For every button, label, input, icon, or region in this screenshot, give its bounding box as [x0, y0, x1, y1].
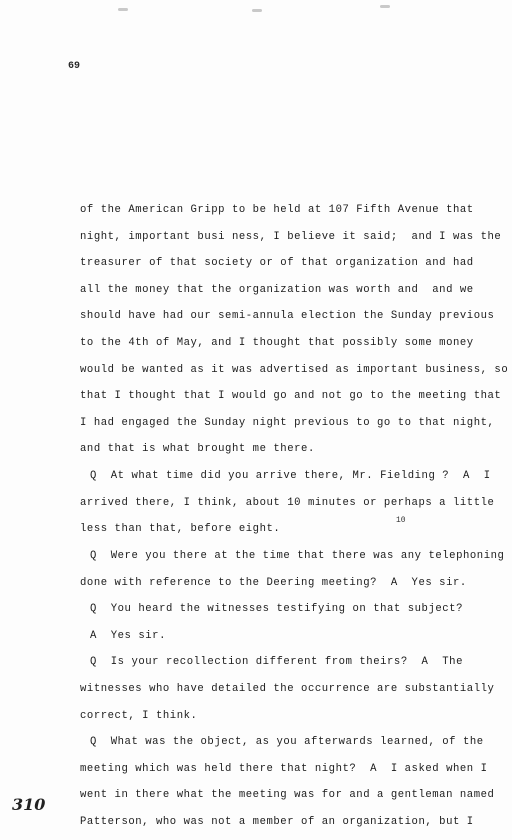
scan-smudge [380, 5, 390, 8]
transcript-line: correct, I think. [80, 710, 197, 722]
scan-smudge [252, 9, 262, 12]
transcript-line: and that is what brought me there. [80, 443, 315, 455]
typewritten-page: 69 of the American Gripp to be held at 1… [0, 0, 512, 840]
qa-line: Q What was the object, as you afterwards… [90, 736, 484, 748]
handwritten-margin-number: 310 [12, 795, 45, 814]
qa-line: Q Is your recollection different from th… [90, 656, 463, 668]
qa-line: Q You heard the witnesses testifying on … [90, 603, 463, 615]
transcript-line: that I thought that I would go and not g… [80, 390, 501, 402]
transcript-line: I had engaged the Sunday night previous … [80, 417, 494, 429]
transcript-line: all the money that the organization was … [80, 284, 474, 296]
qa-line: Q At what time did you arrive there, Mr.… [90, 470, 491, 482]
transcript-line: arrived there, I think, about 10 minutes… [80, 497, 494, 509]
transcript-line: should have had our semi-annula election… [80, 310, 494, 322]
transcript-line: treasurer of that society or of that org… [80, 257, 474, 269]
transcript-line: went in there what the meeting was for a… [80, 789, 494, 801]
qa-line: Q Were you there at the time that there … [90, 550, 504, 562]
handwritten-correction: 10 [396, 516, 406, 525]
transcript-line: of the American Gripp to be held at 107 … [80, 204, 474, 216]
transcript-line: done with reference to the Deering meeti… [80, 577, 467, 589]
transcript-line: Patterson, who was not a member of an or… [80, 816, 474, 828]
transcript-line: to the 4th of May, and I thought that po… [80, 337, 474, 349]
transcript-line: meeting which was held there that night?… [80, 763, 488, 775]
scan-smudge [118, 8, 128, 11]
transcript-line: less than that, before eight. [80, 523, 280, 535]
transcript-line: would be wanted as it was advertised as … [80, 364, 508, 376]
qa-line: A Yes sir. [90, 630, 166, 642]
page-number: 69 [68, 61, 80, 72]
transcript-line: night, important busi ness, I believe it… [80, 231, 501, 243]
transcript-line: witnesses who have detailed the occurren… [80, 683, 494, 695]
